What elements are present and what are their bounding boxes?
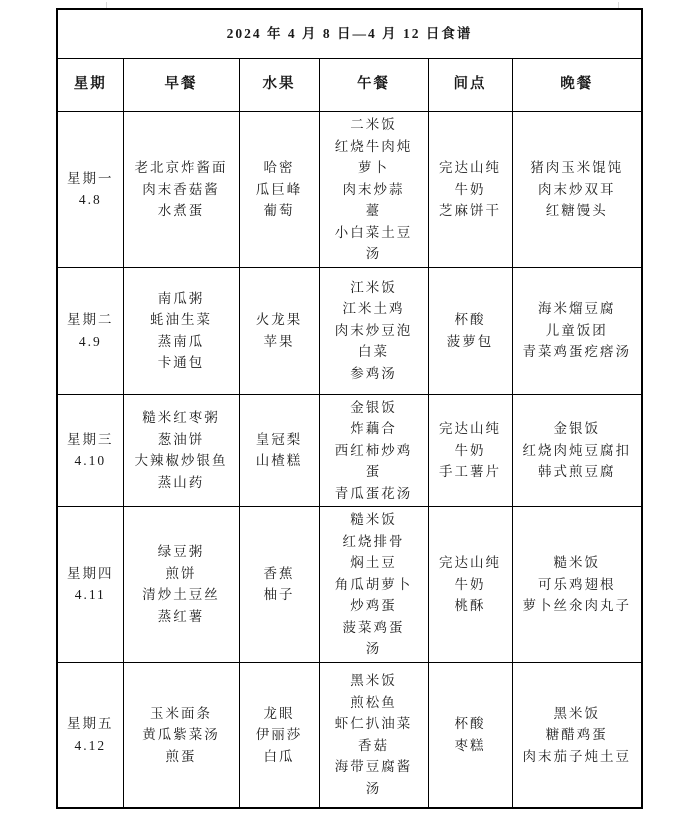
weekly-menu-table: 2024 年 4 月 8 日—4 月 12 日食谱 星期 早餐 水果 午餐 间点… (56, 8, 643, 809)
cell-monday-snack: 完达山纯 牛奶 芝麻饼干 (428, 112, 512, 268)
table-row-wednesday: 星期三 4.10 糙米红枣粥 葱油饼 大辣椒炒银鱼 蒸山药 皇冠梨 山楂糕 金银… (57, 394, 642, 507)
cell-monday-breakfast: 老北京炸酱面 肉末香菇酱 水煮蛋 (123, 112, 239, 268)
cell-friday-lunch: 黑米饭 煎松鱼 虾仁扒油菜 香菇 海带豆腐酱 汤 (319, 662, 428, 808)
cell-wednesday-snack: 完达山纯 牛奶 手工薯片 (428, 394, 512, 507)
col-header-fruit: 水果 (239, 59, 319, 112)
table-row-monday: 星期一 4.8 老北京炸酱面 肉末香菇酱 水煮蛋 哈密 瓜巨峰 葡萄 二米饭 红… (57, 112, 642, 268)
header-row: 星期 早餐 水果 午餐 间点 晚餐 (57, 59, 642, 112)
cell-thursday-lunch: 糙米饭 红烧排骨 焖土豆 角瓜胡萝卜 炒鸡蛋 菠菜鸡蛋 汤 (319, 507, 428, 663)
cell-thursday-dinner: 糙米饭 可乐鸡翅根 萝卜丝氽肉丸子 (512, 507, 642, 663)
cell-wednesday-lunch: 金银饭 炸藕合 西红柿炒鸡 蛋 青瓜蛋花汤 (319, 394, 428, 507)
cell-tuesday-fruit: 火龙果 苹果 (239, 267, 319, 394)
menu-document-page: 2024 年 4 月 8 日—4 月 12 日食谱 星期 早餐 水果 午餐 间点… (0, 0, 700, 827)
cell-friday-dinner: 黑米饭 糖醋鸡蛋 肉末茄子炖土豆 (512, 662, 642, 808)
cell-monday-fruit: 哈密 瓜巨峰 葡萄 (239, 112, 319, 268)
title-row: 2024 年 4 月 8 日—4 月 12 日食谱 (57, 9, 642, 59)
cell-monday-day: 星期一 4.8 (57, 112, 123, 268)
col-header-dinner: 晚餐 (512, 59, 642, 112)
cell-tuesday-day: 星期二 4.9 (57, 267, 123, 394)
cell-tuesday-breakfast: 南瓜粥 蚝油生菜 蒸南瓜 卡通包 (123, 267, 239, 394)
col-header-snack: 间点 (428, 59, 512, 112)
table-row-friday: 星期五 4.12 玉米面条 黄瓜紫菜汤 煎蛋 龙眼 伊丽莎 白瓜 黑米饭 煎松鱼… (57, 662, 642, 808)
col-header-lunch: 午餐 (319, 59, 428, 112)
cell-monday-lunch: 二米饭 红烧牛肉炖 萝卜 肉末炒蒜 薹 小白菜土豆 汤 (319, 112, 428, 268)
cell-thursday-day: 星期四 4.11 (57, 507, 123, 663)
cell-friday-fruit: 龙眼 伊丽莎 白瓜 (239, 662, 319, 808)
document-title: 2024 年 4 月 8 日—4 月 12 日食谱 (57, 9, 642, 59)
cell-thursday-breakfast: 绿豆粥 煎饼 清炒土豆丝 蒸红薯 (123, 507, 239, 663)
cell-tuesday-snack: 杯酸 菠萝包 (428, 267, 512, 394)
cell-friday-snack: 杯酸 枣糕 (428, 662, 512, 808)
cell-wednesday-dinner: 金银饭 红烧肉炖豆腐扣 韩式煎豆腐 (512, 394, 642, 507)
table-row-thursday: 星期四 4.11 绿豆粥 煎饼 清炒土豆丝 蒸红薯 香蕉 柚子 糙米饭 红烧排骨… (57, 507, 642, 663)
cell-thursday-fruit: 香蕉 柚子 (239, 507, 319, 663)
cell-tuesday-lunch: 江米饭 江米土鸡 肉末炒豆泡 白菜 参鸡汤 (319, 267, 428, 394)
cell-wednesday-day: 星期三 4.10 (57, 394, 123, 507)
col-header-day: 星期 (57, 59, 123, 112)
cell-friday-day: 星期五 4.12 (57, 662, 123, 808)
table-row-tuesday: 星期二 4.9 南瓜粥 蚝油生菜 蒸南瓜 卡通包 火龙果 苹果 江米饭 江米土鸡… (57, 267, 642, 394)
cell-wednesday-fruit: 皇冠梨 山楂糕 (239, 394, 319, 507)
cell-wednesday-breakfast: 糙米红枣粥 葱油饼 大辣椒炒银鱼 蒸山药 (123, 394, 239, 507)
cell-thursday-snack: 完达山纯 牛奶 桃酥 (428, 507, 512, 663)
cell-tuesday-dinner: 海米熘豆腐 儿童饭团 青菜鸡蛋疙瘩汤 (512, 267, 642, 394)
cell-monday-dinner: 猪肉玉米馄饨 肉末炒双耳 红糖馒头 (512, 112, 642, 268)
col-header-breakfast: 早餐 (123, 59, 239, 112)
cell-friday-breakfast: 玉米面条 黄瓜紫菜汤 煎蛋 (123, 662, 239, 808)
